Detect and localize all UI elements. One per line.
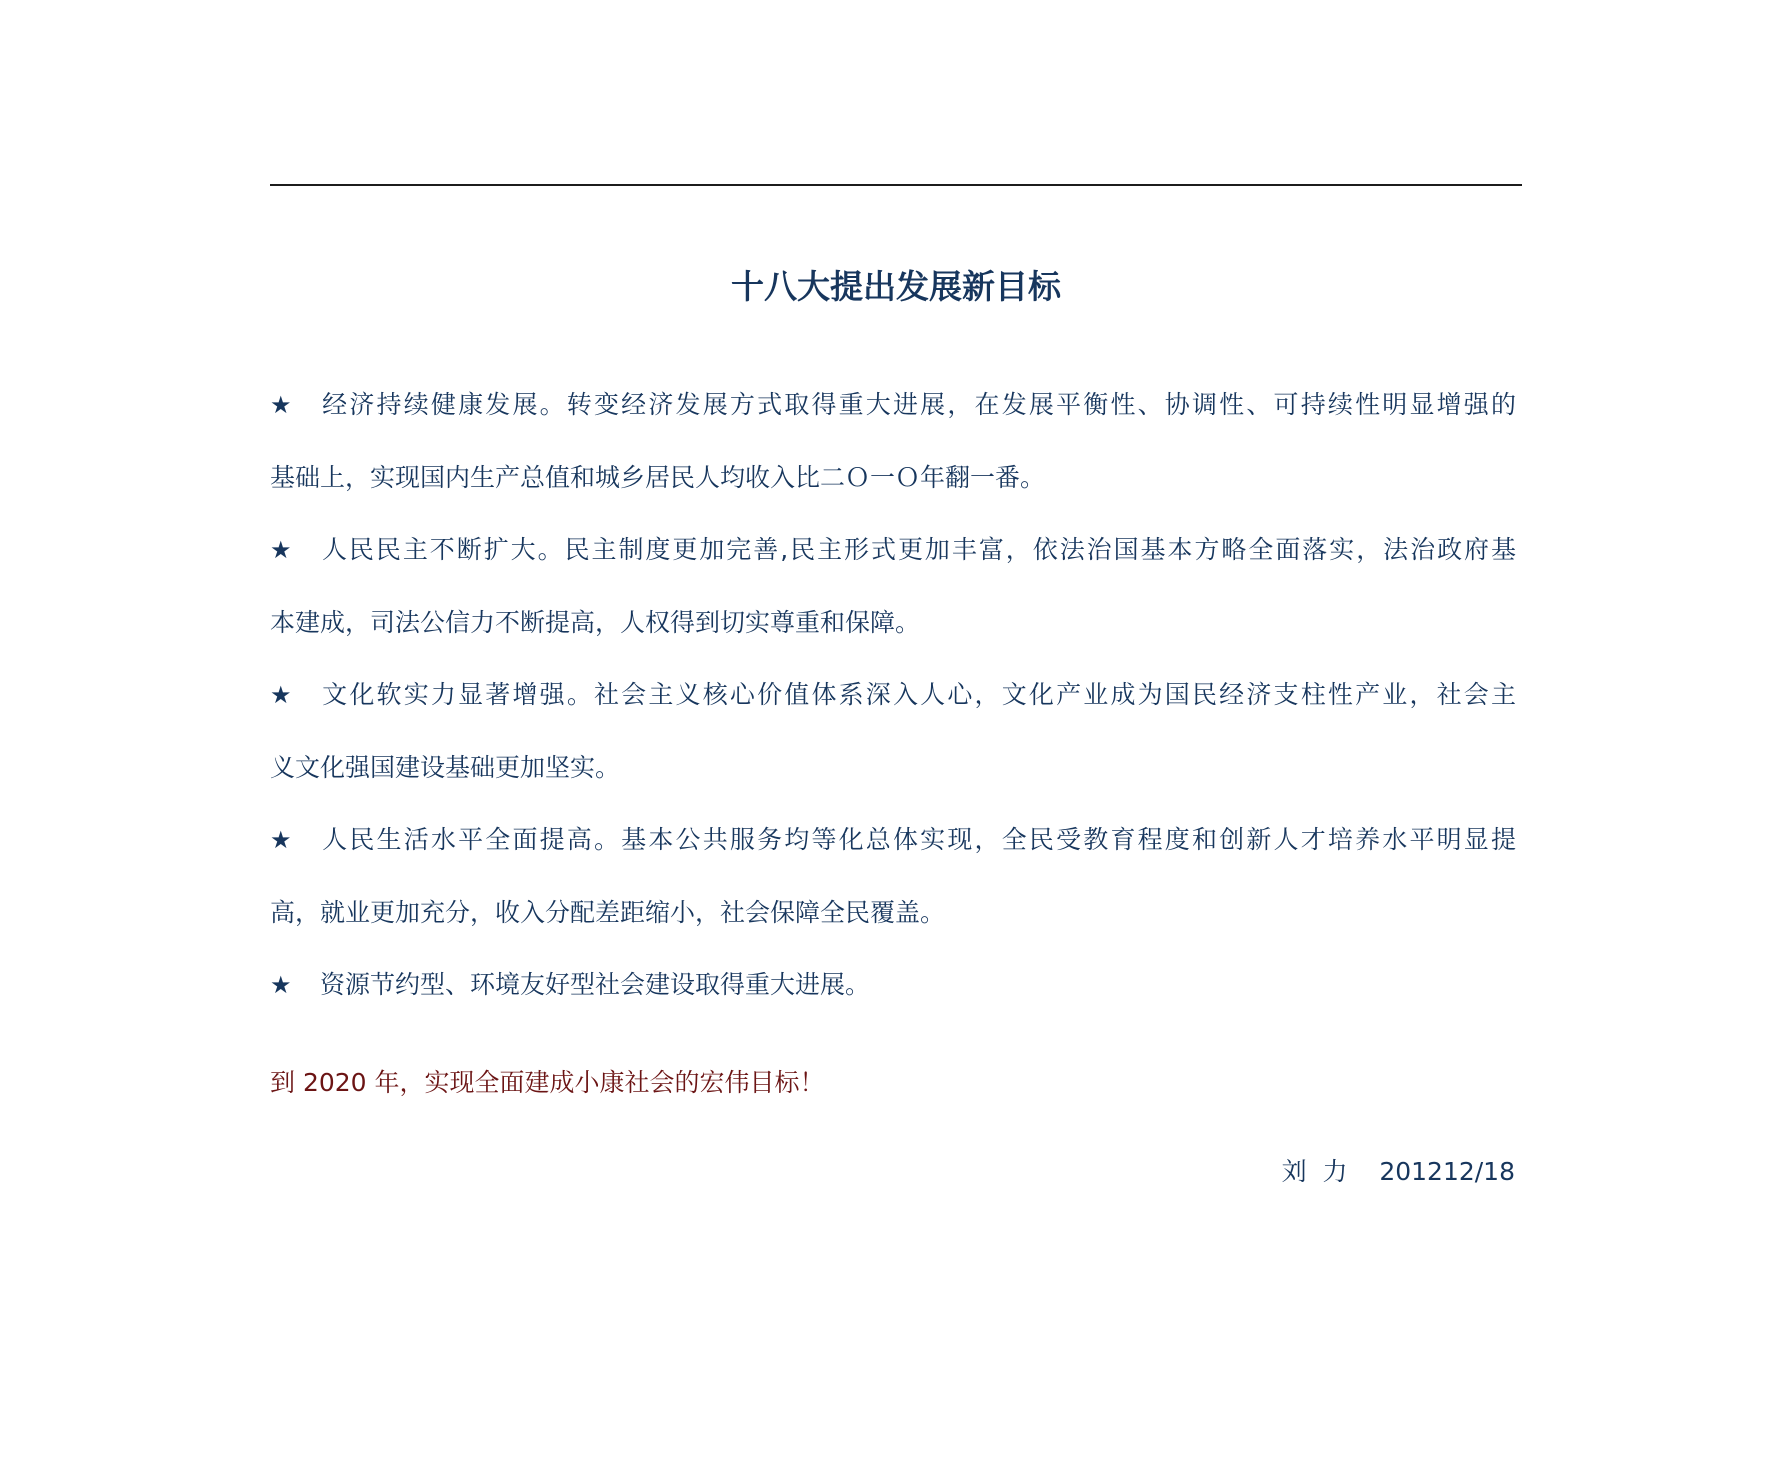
star-bullet-icon: ★ xyxy=(270,659,320,732)
list-item-text: 基础上，实现国内生产总值和城乡居民人均收入比二Ｏ一Ｏ年翻一番。 xyxy=(270,463,1045,492)
list-item-line: 高，就业更加充分，收入分配差距缩小，社会保障全民覆盖。 xyxy=(270,877,1516,950)
list-item-line: ★资源节约型、环境友好型社会建设取得重大进展。 xyxy=(270,949,1516,1022)
list-item-text: 本建成，司法公信力不断提高，人权得到切实尊重和保障。 xyxy=(270,608,920,637)
list-item-text: 人民生活水平全面提高。基本公共服务均等化总体实现，全民受教育程度和创新人才培养水… xyxy=(320,825,1516,854)
list-item-line: ★人民生活水平全面提高。基本公共服务均等化总体实现，全民受教育程度和创新人才培养… xyxy=(270,804,1516,877)
list-item-line: 义文化强国建设基础更加坚实。 xyxy=(270,732,1516,805)
list-item-text: 资源节约型、环境友好型社会建设取得重大进展。 xyxy=(320,970,870,999)
star-bullet-icon: ★ xyxy=(270,949,320,1022)
author-signature: 刘 力 201212/18 xyxy=(1282,1150,1515,1194)
document-title: 十八大提出发展新目标 xyxy=(270,264,1522,310)
list-item-text: 人民民主不断扩大。民主制度更加完善,民主形式更加丰富，依法治国基本方略全面落实，… xyxy=(320,535,1516,564)
list-item-text: 义文化强国建设基础更加坚实。 xyxy=(270,753,620,782)
goals-list: ★经济持续健康发展。转变经济发展方式取得重大进展，在发展平衡性、协调性、可持续性… xyxy=(270,369,1516,1022)
list-item-text: 高，就业更加充分，收入分配差距缩小，社会保障全民覆盖。 xyxy=(270,898,945,927)
star-bullet-icon: ★ xyxy=(270,369,320,442)
goal-statement: 到 2020 年，实现全面建成小康社会的宏伟目标！ xyxy=(270,1061,825,1105)
list-item-line: 本建成，司法公信力不断提高，人权得到切实尊重和保障。 xyxy=(270,587,1516,660)
list-item-text: 文化软实力显著增强。社会主义核心价值体系深入人心，文化产业成为国民经济支柱性产业… xyxy=(320,680,1516,709)
star-bullet-icon: ★ xyxy=(270,804,320,877)
header-rule xyxy=(270,184,1522,186)
star-bullet-icon: ★ xyxy=(270,514,320,587)
list-item-line: ★人民民主不断扩大。民主制度更加完善,民主形式更加丰富，依法治国基本方略全面落实… xyxy=(270,514,1516,587)
list-item-line: ★经济持续健康发展。转变经济发展方式取得重大进展，在发展平衡性、协调性、可持续性… xyxy=(270,369,1516,442)
list-item-text: 经济持续健康发展。转变经济发展方式取得重大进展，在发展平衡性、协调性、可持续性明… xyxy=(320,390,1516,419)
list-item-line: ★文化软实力显著增强。社会主义核心价值体系深入人心，文化产业成为国民经济支柱性产… xyxy=(270,659,1516,732)
list-item-line: 基础上，实现国内生产总值和城乡居民人均收入比二Ｏ一Ｏ年翻一番。 xyxy=(270,442,1516,515)
document-page: 十八大提出发展新目标 ★经济持续健康发展。转变经济发展方式取得重大进展，在发展平… xyxy=(0,0,1786,1467)
